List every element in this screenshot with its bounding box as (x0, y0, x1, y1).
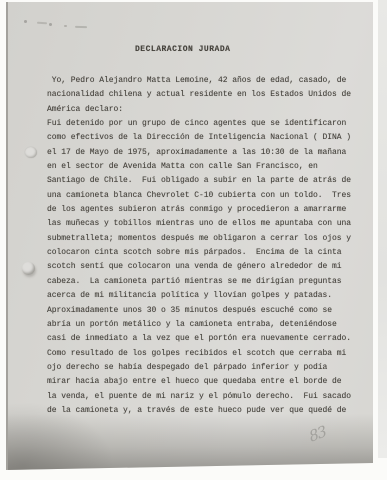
ink-smudge (75, 26, 87, 28)
text-line: Yo, Pedro Alejandro Matta Lemoine, 42 añ… (47, 74, 367, 88)
text-line: una camioneta blanca Chevrolet C-10 cubi… (47, 189, 367, 203)
text-line: colocaron cinta scotch sobre mis párpado… (47, 246, 367, 260)
text-line: abría un portón metálico y la camioneta … (47, 318, 367, 332)
text-line: de los agentes subieron atrás conmigo y … (47, 203, 367, 217)
text-line: scotch sentí que colocaron una venda de … (47, 260, 367, 274)
handwritten-page-number: 83 (307, 422, 328, 446)
document-title: DECLARACION JURADA (135, 45, 230, 54)
text-line: submetralleta; momentos después me oblig… (47, 232, 367, 246)
text-line: cabeza. La camioneta partió mientras se … (47, 275, 367, 289)
text-line: de la camioneta y, a través de este huec… (47, 404, 367, 418)
text-line: casi de inmediato a la vez que el portón… (47, 332, 367, 346)
punch-hole-bottom (22, 262, 35, 275)
text-line: como efectivos de la Dirección de Inteli… (47, 131, 367, 145)
document-body: Yo, Pedro Alejandro Matta Lemoine, 42 añ… (47, 74, 367, 418)
text-line: la venda, el puente de mi nariz y el póm… (47, 390, 367, 404)
ink-smudge (24, 20, 27, 23)
text-line: en el sector de Avenida Matta con calle … (47, 160, 367, 174)
text-line: mirar hacia abajo entre el hueco que que… (47, 375, 367, 389)
text-line: acerca de mi militancia política y lloví… (47, 289, 367, 303)
punch-hole-top (25, 147, 37, 158)
text-line: ojo derecho se había despegado del párpa… (47, 361, 367, 375)
text-line: Fui detenido por un grupo de cinco agent… (47, 117, 367, 131)
text-line: Santiago de Chile. Fui obligado a subir … (47, 174, 367, 188)
text-line: las muñecas y tobillos mientras uno de e… (47, 217, 367, 231)
text-line: el 17 de Mayo de 1975, aproximadamente a… (47, 146, 367, 160)
ink-smudge (64, 25, 67, 27)
text-line: América declaro: (47, 103, 367, 117)
text-line: nacionalidad chilena y actual residente … (47, 88, 367, 102)
scanner-edge-strip (378, 0, 387, 458)
ink-smudge (37, 22, 47, 25)
text-line: Aproximadamente unos 30 o 35 minutos des… (47, 304, 367, 318)
ink-smudge (49, 23, 52, 26)
document-page: DECLARACION JURADA Yo, Pedro Alejandro M… (6, 2, 373, 470)
scan-background: DECLARACION JURADA Yo, Pedro Alejandro M… (0, 0, 387, 480)
text-line: Como resultado de los golpes recibidos e… (47, 347, 367, 361)
